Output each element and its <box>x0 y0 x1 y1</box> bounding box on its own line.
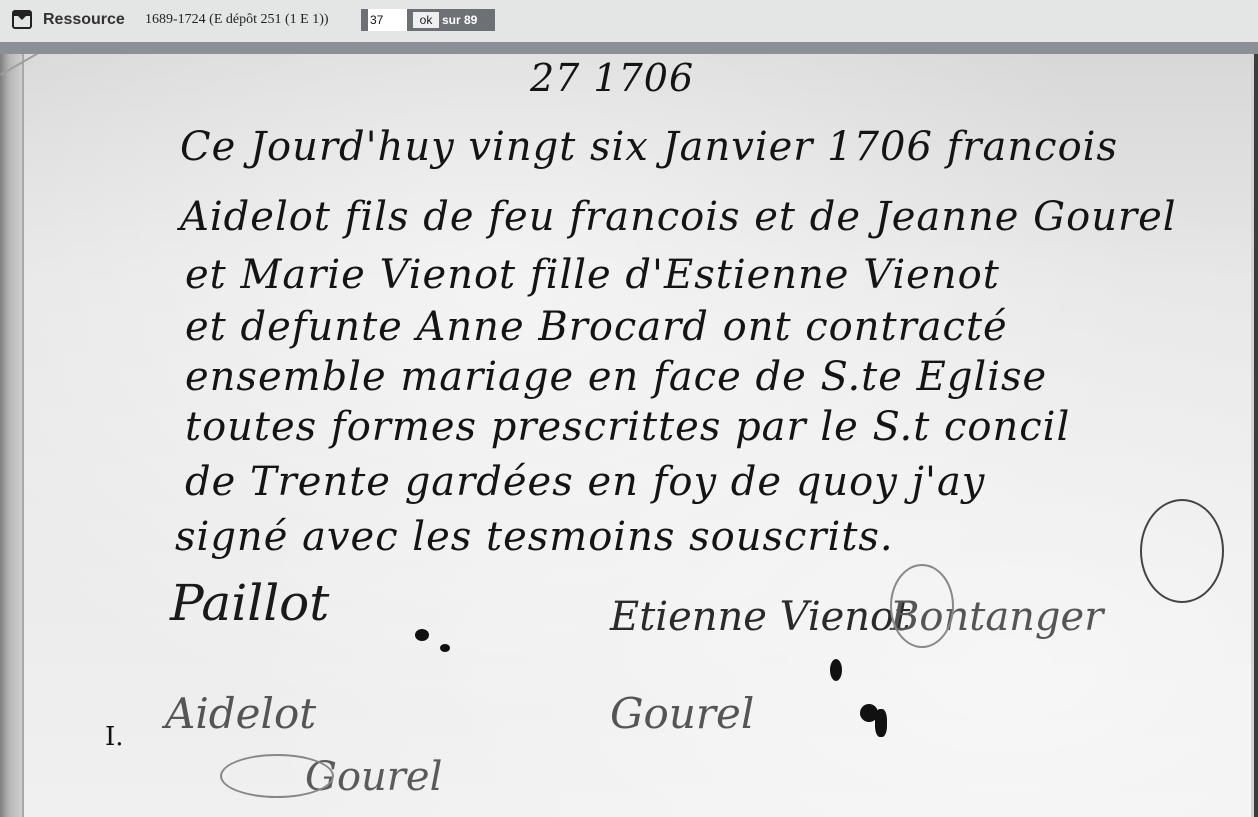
ink-blot <box>440 644 450 652</box>
manuscript-line: et defunte Anne Brocard ont contracté <box>185 304 1008 350</box>
page-navigator: ok sur 89 <box>361 9 495 31</box>
manuscript-line: ensemble mariage en face de S.te Eglise <box>185 354 1047 400</box>
go-to-page-button[interactable]: ok <box>413 12 439 28</box>
page-number-input[interactable] <box>368 9 407 31</box>
signature-flourish <box>1140 499 1224 603</box>
page-fold-line <box>22 54 24 817</box>
ink-blot <box>830 659 842 681</box>
resource-title: Ressource <box>43 10 125 30</box>
signature-flourish <box>890 564 954 648</box>
page-left-edge <box>0 54 22 817</box>
viewer-toolbar: Ressource 1689-1724 (E dépôt 251 (1 E 1)… <box>0 0 1258 42</box>
signature: Etienne Vienot <box>610 594 910 640</box>
manuscript-page-header: 27 1706 <box>530 56 694 100</box>
manuscript-line: de Trente gardées en foy de quoy j'ay <box>185 459 985 505</box>
ink-blot <box>415 629 429 641</box>
signature-flourish <box>220 754 334 798</box>
manuscript-line: toutes formes prescrittes par le S.t con… <box>185 404 1070 450</box>
toolbar-separator <box>0 42 1258 54</box>
manuscript-line: Ce Jourd'huy vingt six Janvier 1706 fran… <box>180 124 1118 170</box>
archive-box-icon <box>12 10 32 29</box>
signature: Gourel <box>610 689 754 738</box>
document-image-viewer[interactable]: 27 1706 Ce Jourd'huy vingt six Janvier 1… <box>0 54 1258 817</box>
margin-mark: I. <box>105 722 124 752</box>
manuscript-line: et Marie Vienot fille d'Estienne Vienot <box>185 252 1000 298</box>
manuscript-line: Aidelot fils de feu francois et de Jeann… <box>180 194 1177 240</box>
resource-subtitle: 1689-1724 (E dépôt 251 (1 E 1)) <box>145 11 329 29</box>
ink-blot <box>875 709 887 737</box>
page-right-edge <box>1254 54 1258 817</box>
signature: Aidelot <box>165 689 316 738</box>
page-total-label: sur 89 <box>442 12 477 28</box>
manuscript-line: signé avec les tesmoins souscrits. <box>175 514 894 560</box>
signature: Paillot <box>170 574 329 632</box>
